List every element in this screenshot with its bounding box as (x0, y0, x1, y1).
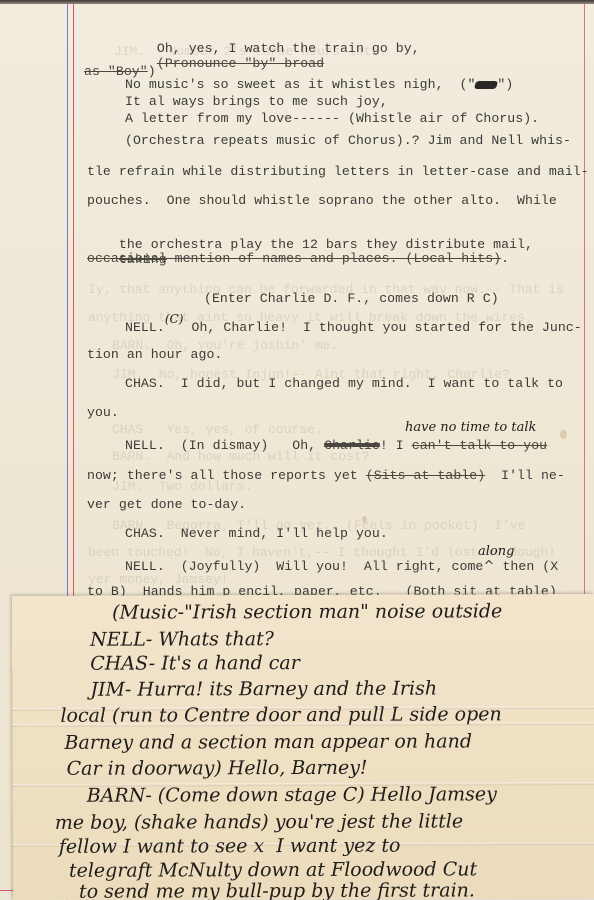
struck-text: (Sits at table) (366, 468, 485, 483)
handwritten-line: me boy, (shake hands) you're jest the li… (55, 810, 463, 833)
struck-text: can't talk to you (412, 438, 547, 453)
typed-line: A letter from my love------ (Whistle air… (125, 111, 539, 126)
typed-text: the orchestra play the 12 bars they dist… (119, 237, 533, 252)
typed-line: tle refrain while distributing letters i… (87, 164, 589, 179)
handwritten-line: (Music-"Irish section man" noise outside (112, 600, 502, 623)
typed-text: now; there's all those reports yet (87, 468, 366, 483)
struck-text: Charlie (324, 438, 380, 453)
typed-line: (Orchestra repeats music of Chorus).? Ji… (125, 133, 571, 148)
ink-blot-correction (474, 81, 498, 89)
handwritten-line: to send me my bull-pup by the first trai… (79, 879, 475, 900)
paper-stain (560, 430, 567, 439)
stage-direction: (Enter Charlie D. F., comes down R C) (204, 291, 499, 306)
handwritten-line: NELL- Whats that? (90, 628, 274, 651)
caret-insert-mark: ^ (483, 559, 494, 574)
handwritten-line: local (run to Centre door and pull L sid… (60, 703, 501, 727)
handwritten-insert: along (478, 544, 514, 559)
handwritten-line: JIM- Hurra! its Barney and the Irish (90, 678, 437, 701)
typed-line: NELL.(C) Oh, Charlie! I thought you star… (125, 320, 582, 335)
struck-text: occasional mention of names and places. … (87, 251, 501, 266)
handwritten-line: CHAS- It's a hand car (90, 652, 300, 675)
typed-line: occasional mention of names and places. … (87, 251, 509, 266)
typed-text: NELL. (Joyfully) Will you! All right, co… (125, 559, 483, 574)
margin-line-right-red (584, 4, 585, 604)
handwritten-insert: have no time to talk (405, 420, 536, 435)
typed-line: No music's so sweet as it whistles nigh,… (125, 77, 513, 92)
typed-text: No music's so sweet as it whistles nigh,… (125, 77, 475, 92)
struck-text: (Pronounce "by" broad (157, 56, 324, 71)
typed-text: Oh, yes, I watch the train go by, (157, 41, 420, 56)
typed-line: NELL. (Joyfully) Will you! All right, co… (125, 559, 558, 574)
bleed-through-line: CHAS. Yes, yes, of course. (112, 422, 323, 437)
handwritten-insert: (C) (165, 312, 184, 326)
typed-line: tion an hour ago. (87, 347, 222, 362)
handwritten-line: Barney and a section man appear on hand (64, 730, 472, 753)
handwritten-note-slip: (Music-"Irish section man" noise outside… (12, 594, 594, 900)
typed-line: now; there's all those reports yet (Sits… (87, 468, 565, 483)
typed-text: Oh, Charlie! I thought you started for t… (184, 320, 582, 335)
typed-text: . (501, 251, 509, 266)
paper-stain (362, 516, 367, 523)
typed-text: ! I (380, 438, 404, 453)
typed-text: NELL. (In dismay) Oh, (125, 438, 316, 453)
handwritten-line: telegraft McNulty down at Floodwood Cut (69, 858, 477, 881)
typed-line: NELL. (In dismay) Oh, Charlie! I can't t… (125, 438, 547, 453)
handwritten-line: fellow I want to see x I want yez to (59, 835, 401, 858)
typed-text: then (X (494, 559, 558, 574)
typed-line: pouches. One should whistle soprano the … (87, 193, 557, 208)
handwritten-line: BARN- (Come down stage C) Hello Jamsey (87, 783, 497, 806)
handwritten-line: Car in doorway) Hello, Barney! (67, 757, 368, 780)
typed-line: you. (87, 405, 119, 420)
typed-line: CHAS. Never mind, I'll help you. (125, 526, 388, 541)
speaker-label: NELL. (125, 320, 165, 335)
typed-line: ver get done to-day. (87, 497, 246, 512)
typed-line: It al ways brings to me such joy, (125, 94, 388, 109)
typed-text: I'll ne- (485, 468, 565, 483)
typed-text: ") (497, 77, 513, 92)
typed-line: CHAS. I did, but I changed my mind. I wa… (125, 376, 563, 391)
